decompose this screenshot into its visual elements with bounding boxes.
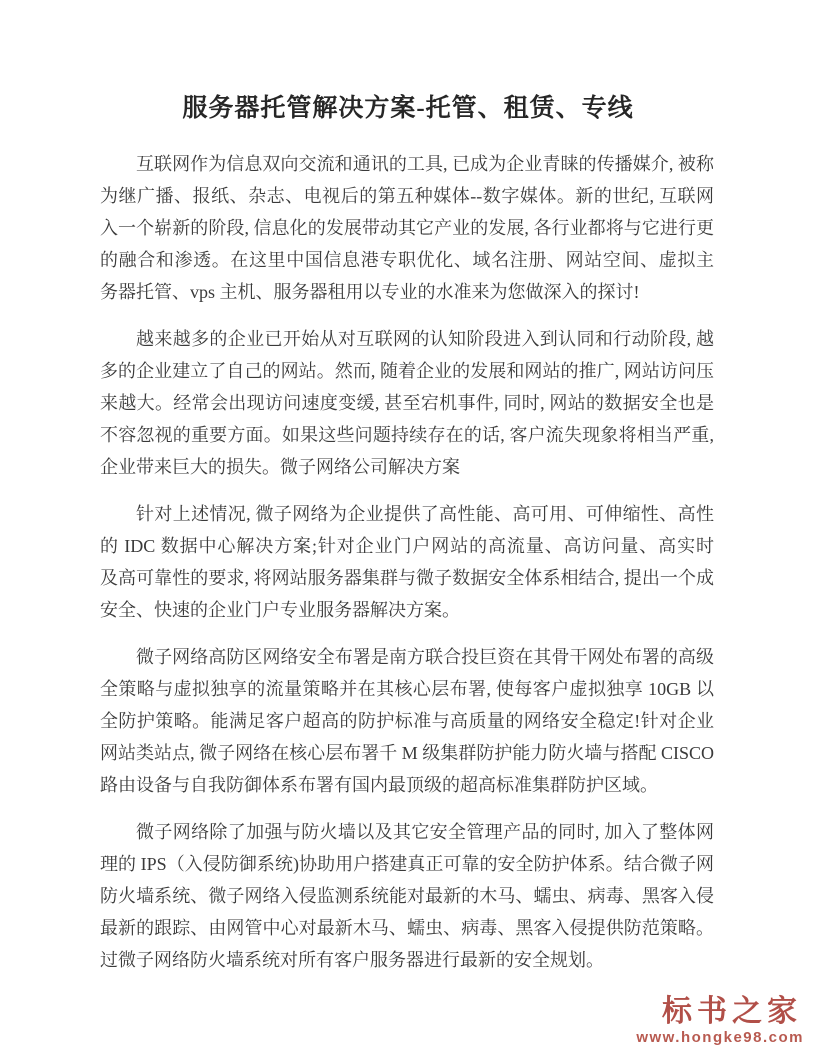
document-body: 互联网作为信息双向交流和通讯的工具, 已成为企业青睐的传播媒介, 被称之为继广播… [100,148,714,991]
text-line: 最新的跟踪、由网管中心对最新木马、蠕虫、病毒、黑客入侵提供防范策略。再通 [100,912,714,944]
paragraph: 微子网络高防区网络安全布署是南方联合投巨资在其骨干网处布署的高级安全策略与虚拟独… [100,641,714,801]
text-line: 理的 IPS（入侵防御系统)协助用户搭建真正可靠的安全防护体系。结合微子网络 [100,848,714,880]
text-line: 网站类站点, 微子网络在核心层布署千 M 级集群防护能力防火墙与搭配 CISCO… [100,737,714,769]
text-line: 路由设备与自我防御体系布署有国内最顶级的超高标准集群防护区域。 [100,769,714,801]
text-line: 及高可靠性的要求, 将网站服务器集群与微子数据安全体系相结合, 提出一个成套的 [100,562,714,594]
document-title: 服务器托管解决方案-托管、租赁、专线 [0,0,816,126]
text-line: 越来越多的企业已开始从对互联网的认知阶段进入到认同和行动阶段, 越来越 [100,323,714,355]
text-line: 务器托管、vps 主机、服务器租用以专业的水准来为您做深入的探讨! [100,276,714,308]
text-line: 防火墙系统、微子网络入侵监测系统能对最新的木马、蠕虫、病毒、黑客入侵进行 [100,880,714,912]
watermark-logo: 标书之家 [636,996,802,1028]
text-line: 微子网络除了加强与防火墙以及其它安全管理产品的同时, 加入了整体网络管 [100,816,714,848]
text-line: 针对上述情况, 微子网络为企业提供了高性能、高可用、可伸缩性、高性价比 [100,498,714,530]
watermark-url: www.hongke98.com [636,1029,804,1046]
text-line: 安全、快速的企业门户专业服务器解决方案。 [100,594,714,626]
watermark: 标书之家 www.hongke98.com [636,996,804,1047]
text-line: 的融合和渗透。在这里中国信息港专职优化、域名注册、网站空间、虚拟主机、服 [100,244,714,276]
text-line: 全防护策略。能满足客户超高的防护标准与高质量的网络安全稳定!针对企业门户 [100,705,714,737]
text-line: 过微子网络防火墙系统对所有客户服务器进行最新的安全规划。 [100,944,714,976]
text-line: 企业带来巨大的损失。微子网络公司解决方案 [100,451,714,483]
text-line: 全策略与虚拟独享的流量策略并在其核心层布署, 使每客户虚拟独享 10GB 以上的… [100,673,714,705]
text-line: 来越大。经常会出现访问速度变缓, 甚至宕机事件, 同时, 网站的数据安全也是一个 [100,387,714,419]
text-line: 不容忽视的重要方面。如果这些问题持续存在的话, 客户流失现象将相当严重, 将给 [100,419,714,451]
text-line: 微子网络高防区网络安全布署是南方联合投巨资在其骨干网处布署的高级安 [100,641,714,673]
document-page: 服务器托管解决方案-托管、租赁、专线 互联网作为信息双向交流和通讯的工具, 已成… [0,0,816,1056]
text-line: 多的企业建立了自己的网站。然而, 随着企业的发展和网站的推广, 网站访问压力越 [100,355,714,387]
paragraph: 互联网作为信息双向交流和通讯的工具, 已成为企业青睐的传播媒介, 被称之为继广播… [100,148,714,308]
text-line: 互联网作为信息双向交流和通讯的工具, 已成为企业青睐的传播媒介, 被称之 [100,148,714,180]
paragraph: 微子网络除了加强与防火墙以及其它安全管理产品的同时, 加入了整体网络管理的 IP… [100,816,714,976]
paragraph: 越来越多的企业已开始从对互联网的认知阶段进入到认同和行动阶段, 越来越多的企业建… [100,323,714,483]
text-line: 为继广播、报纸、杂志、电视后的第五种媒体--数字媒体。新的世纪, 互联网将进 [100,180,714,212]
text-line: 入一个崭新的阶段, 信息化的发展带动其它产业的发展, 各行业都将与它进行更深入 [100,212,714,244]
paragraph: 针对上述情况, 微子网络为企业提供了高性能、高可用、可伸缩性、高性价比的 IDC… [100,498,714,626]
text-line: 的 IDC 数据中心解决方案;针对企业门户网站的高流量、高访问量、高实时性、以 [100,530,714,562]
